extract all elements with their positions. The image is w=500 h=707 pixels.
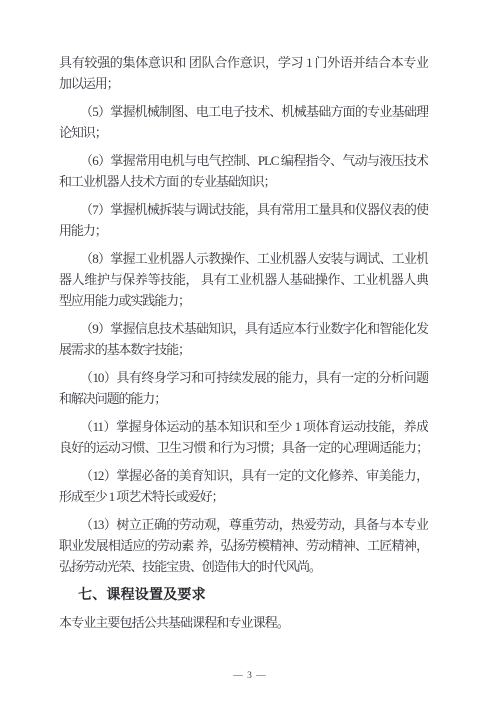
text-line: 本专业主要包括公共基础课程和专业课程。 <box>59 612 428 633</box>
text-line: （12）掌握必备的美育知识，具有一定的文化修养、审美能力， <box>59 465 428 486</box>
text-line: （5）掌握机械制图、电工电子技术、机械基础方面的专业基础理 <box>59 101 428 122</box>
paragraph-item-12: （12）掌握必备的美育知识，具有一定的文化修养、审美能力， 形成至少 1 项艺术… <box>59 465 428 507</box>
text-line: （7）掌握机械拆装与调试技能，具有常用工量具和仪器仪表的使 <box>59 199 428 220</box>
text-line: （11）掌握身体运动的基本知识和至少 1 项体育运动技能，养成 <box>59 416 428 437</box>
paragraph-item-10: （10）具有终身学习和可持续发展的能力，具有一定的分析问题 和解决问题的能力； <box>59 367 428 409</box>
paragraph-item-6: （6）掌握常用电机与电气控制、PLC 编程指令、气动与液压技术 和工业机器人技术… <box>59 150 428 192</box>
text-block: 具有较强的集体意识和 团队合作意识，学习 1 门外语并结合本专业 加以运用； （… <box>59 52 428 640</box>
text-line: 和工业机器人技术方面 的专业基础知识； <box>59 171 428 192</box>
text-line: 和解决问题的能力； <box>59 388 428 409</box>
paragraph-item-5: （5）掌握机械制图、电工电子技术、机械基础方面的专业基础理 论知识； <box>59 101 428 143</box>
paragraph-closing: 本专业主要包括公共基础课程和专业课程。 <box>59 612 428 633</box>
text-line: 用能力； <box>59 220 428 241</box>
page-number: — 3 — <box>0 671 500 682</box>
paragraph-item-11: （11）掌握身体运动的基本知识和至少 1 项体育运动技能，养成 良好的运动习惯、… <box>59 416 428 458</box>
text-line: 具有较强的集体意识和 团队合作意识，学习 1 门外语并结合本专业 <box>59 52 428 73</box>
section-heading: 七、课程设置及要求 <box>59 584 428 605</box>
text-line: 论知识； <box>59 122 428 143</box>
paragraph-item-7: （7）掌握机械拆装与调试技能，具有常用工量具和仪器仪表的使 用能力； <box>59 199 428 241</box>
text-line: 弘扬劳动光荣、技能宝贵、创造伟大的时代风尚。 <box>59 556 428 577</box>
paragraph-continuation: 具有较强的集体意识和 团队合作意识，学习 1 门外语并结合本专业 加以运用； <box>59 52 428 94</box>
text-line: （10）具有终身学习和可持续发展的能力，具有一定的分析问题 <box>59 367 428 388</box>
paragraph-item-13: （13）树立正确的劳动观，尊重劳动，热爱劳动，具备与本专业 职业发展相适应的劳动… <box>59 514 428 577</box>
text-line: 职业发展相适应的劳动素 养，弘扬劳模精神、劳动精神、工匠精神， <box>59 535 428 556</box>
document-page: 具有较强的集体意识和 团队合作意识，学习 1 门外语并结合本专业 加以运用； （… <box>0 0 500 707</box>
text-line: 型应用能力或实践能力； <box>59 290 428 311</box>
paragraph-item-8: （8）掌握工业机器人示教操作、工业机器人安装与调试、工业机 器人维护与保养等技能… <box>59 248 428 311</box>
text-line: 展需求的基本数字技能； <box>59 339 428 360</box>
text-line: （6）掌握常用电机与电气控制、PLC 编程指令、气动与液压技术 <box>59 150 428 171</box>
paragraph-item-9: （9）掌握信息技术基础知识，具有适应本行业数字化和智能化发 展需求的基本数字技能… <box>59 318 428 360</box>
text-line: 形成至少 1 项艺术特长或爱好； <box>59 486 428 507</box>
text-line: 器人维护与保养等技能， 具有工业机器人基础操作、工业机器人典 <box>59 269 428 290</box>
text-line: （9）掌握信息技术基础知识，具有适应本行业数字化和智能化发 <box>59 318 428 339</box>
text-line: （8）掌握工业机器人示教操作、工业机器人安装与调试、工业机 <box>59 248 428 269</box>
text-line: 良好的运动习惯、卫生习惯 和行为习惯；具备一定的心理调适能力； <box>59 437 428 458</box>
text-line: 加以运用； <box>59 73 428 94</box>
text-line: （13）树立正确的劳动观，尊重劳动，热爱劳动，具备与本专业 <box>59 514 428 535</box>
